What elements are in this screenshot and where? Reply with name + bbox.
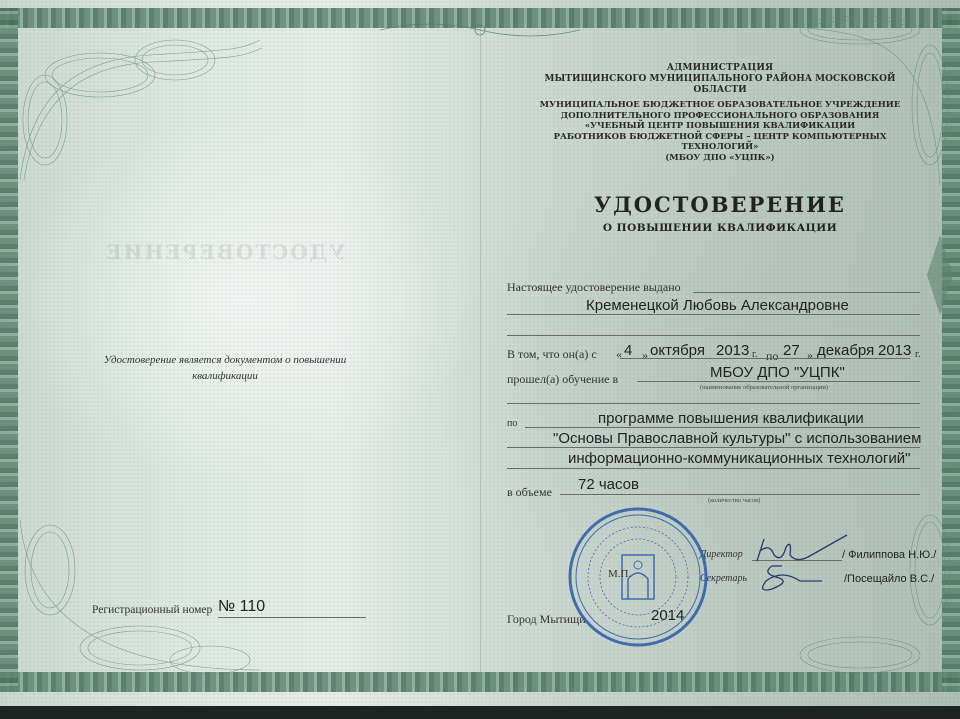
recipient-name: Кременецкой Любовь Александровне: [586, 297, 849, 314]
period-line: [620, 358, 910, 359]
page-fold: [480, 28, 481, 672]
organization-name: МБОУ ДПО "УЦПК": [710, 364, 845, 381]
program-rule-3: [507, 468, 920, 469]
border-right: [942, 8, 960, 692]
volume-caption: (количество часов): [708, 497, 760, 504]
issued-line-1: [693, 292, 920, 293]
program-rule-1: [525, 427, 920, 428]
program-line-1: программе повышения квалификации: [598, 410, 864, 427]
organization-line: [637, 381, 920, 382]
organization-line-2: [507, 403, 920, 404]
border-bottom: [0, 672, 960, 692]
header-line-7: (МБОУ ДПО «УЦПК»): [520, 153, 920, 164]
start-year: 2013: [716, 342, 749, 359]
issuer-header: АДМИНИСТРАЦИЯ МЫТИЩИНСКОГО МУНИЦИПАЛЬНОГ…: [520, 63, 920, 163]
header-line-5: «УЧЕБНЫЙ ЦЕНТР ПОВЫШЕНИЯ КВАЛИФИКАЦИИ: [520, 121, 920, 132]
year-suffix-2: г.: [915, 349, 920, 360]
issued-line-2: [507, 314, 920, 315]
start-day: 4: [624, 342, 632, 359]
watermark-text: УДОСТОВЕРЕНИЕ: [95, 240, 355, 264]
document-note: Удостоверение является документом о повы…: [80, 352, 370, 384]
end-month: декабря: [817, 342, 874, 359]
volume-line: [560, 494, 920, 495]
registration-number: № 110: [218, 598, 265, 616]
header-line-6: РАБОТНИКОВ БЮДЖЕТНОЙ СФЕРЫ – ЦЕНТР КОМПЬ…: [520, 132, 920, 153]
program-line-2: "Основы Православной культуры" с использ…: [553, 430, 921, 447]
border-left: [0, 8, 18, 692]
director-name: / Филиппова Н.Ю./: [842, 549, 936, 561]
program-rule-2: [507, 447, 920, 448]
close-quote-1: »: [642, 348, 648, 363]
official-stamp: [566, 505, 710, 649]
guilloche-ornament-bottom-right: [790, 500, 955, 680]
trained-at-label: прошел(а) обучение в: [507, 372, 618, 387]
director-line: [752, 560, 842, 561]
header-line-4: ДОПОЛНИТЕЛЬНОГО ПРОФЕССИОНАЛЬНОГО ОБРАЗО…: [520, 111, 920, 122]
secretary-name: /Посещайло В.С./: [844, 573, 934, 585]
issued-line-3: [507, 335, 920, 336]
volume-label: в объеме: [507, 485, 552, 500]
border-top: [0, 8, 960, 28]
guilloche-ornament-top-left: [10, 20, 270, 190]
close-quote-2: »: [807, 348, 813, 363]
program-label: по: [507, 418, 517, 429]
open-quote-1: «: [616, 347, 622, 362]
to-label: по: [766, 349, 778, 364]
start-month: октября: [650, 342, 705, 359]
document-subtitle: О ПОВЫШЕНИИ КВАЛИФИКАЦИИ: [560, 222, 880, 234]
program-line-3: информационно-коммуникационных технологи…: [568, 450, 910, 467]
director-signature: [752, 533, 852, 573]
volume-value: 72 часов: [578, 476, 639, 493]
certificate-sheet: УДОСТОВЕРЕНИЕ Удостоверение является док…: [0, 0, 960, 706]
period-prefix: В том, что он(а) с: [507, 347, 597, 362]
organization-caption: (наименование образовательной организаци…: [700, 384, 828, 391]
header-line-1: АДМИНИСТРАЦИЯ: [520, 63, 920, 74]
registration-label: Регистрационный номер: [92, 604, 212, 616]
stamp-mark: М.П.: [608, 568, 631, 580]
header-line-2: МЫТИЩИНСКОГО МУНИЦИПАЛЬНОГО РАЙОНА МОСКО…: [520, 74, 920, 96]
end-year: 2013: [878, 342, 911, 359]
registration-line: [218, 617, 366, 618]
issued-to-label: Настоящее удостоверение выдано: [507, 280, 681, 295]
document-title: УДОСТОВЕРЕНИЕ: [560, 192, 880, 217]
secretary-signature: [752, 563, 842, 593]
end-day: 27: [783, 342, 800, 359]
header-line-3: МУНИЦИПАЛЬНОЕ БЮДЖЕТНОЕ ОБРАЗОВАТЕЛЬНОЕ …: [520, 100, 920, 111]
